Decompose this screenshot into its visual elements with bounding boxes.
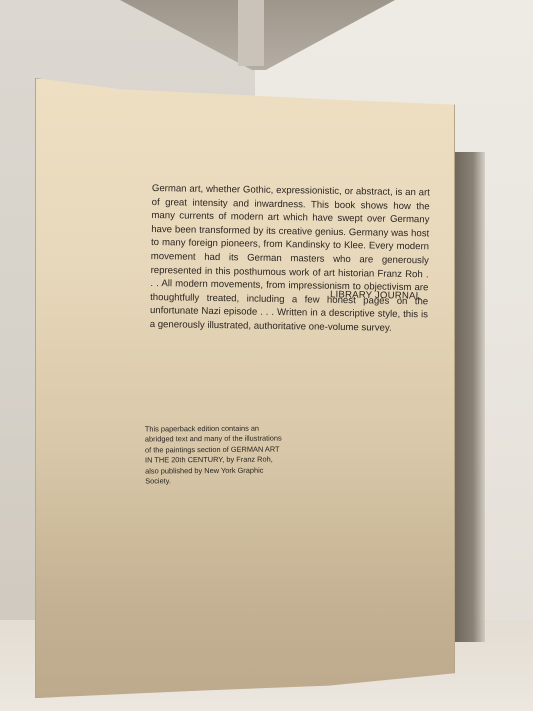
corner-shadow — [238, 0, 264, 66]
review-source: LIBRARY JOURNAL — [330, 289, 421, 301]
book-back-cover — [35, 78, 455, 698]
book-shadow — [455, 152, 485, 642]
review-blurb: German art, whether Gothic, expressionis… — [150, 182, 430, 336]
edition-note: This paperback edition contains an abrid… — [145, 424, 285, 487]
